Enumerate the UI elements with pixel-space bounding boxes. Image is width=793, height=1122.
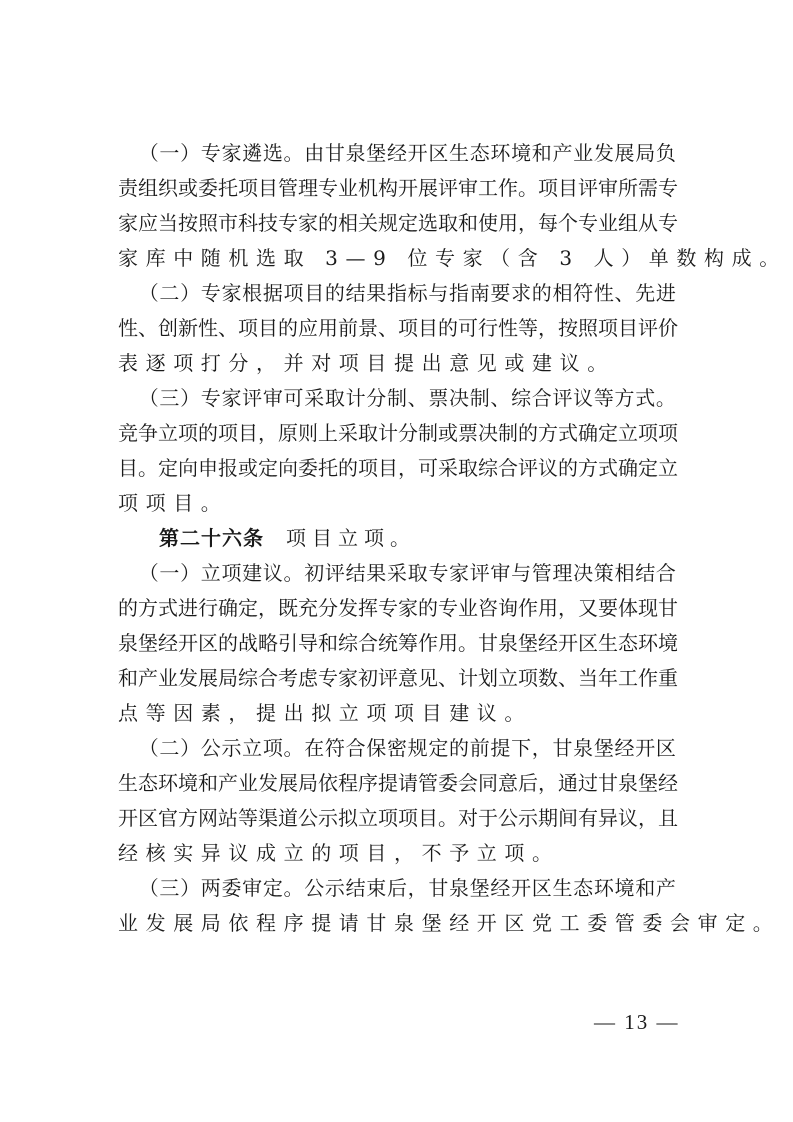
article-heading: 第二十六条项目立项。 — [118, 521, 676, 556]
text-line: 竞争立项的项目，原则上采取计分制或票决制的方式确定立项项 — [118, 416, 676, 451]
text-line: 经核实异议成立的项目，不予立项。 — [118, 836, 676, 871]
paragraph-project-proposal: （一）立项建议。初评结果采取专家评审与管理决策相结合 的方式进行确定，既充分发挥… — [118, 556, 676, 731]
paragraph-public-notice: （二）公示立项。在符合保密规定的前提下，甘泉堡经开区 生态环境和产业发展局依程序… — [118, 731, 676, 871]
text-line: 表逐项打分，并对项目提出意见或建议。 — [118, 346, 676, 381]
document-page: （一）专家遴选。由甘泉堡经开区生态环境和产业发展局负 责组织或委托项目管理专业机… — [118, 136, 676, 941]
text-line: （一）立项建议。初评结果采取专家评审与管理决策相结合 — [118, 556, 676, 591]
paragraph-review-methods: （三）专家评审可采取计分制、票决制、综合评议等方式。 竞争立项的项目，原则上采取… — [118, 381, 676, 521]
text-line: （三）专家评审可采取计分制、票决制、综合评议等方式。 — [118, 381, 676, 416]
article-title: 项目立项。 — [286, 526, 416, 550]
text-line: （三）两委审定。公示结束后，甘泉堡经开区生态环境和产 — [118, 871, 676, 906]
text-line: 开区官方网站等渠道公示拟立项项目。对于公示期间有异议，且 — [118, 801, 676, 836]
article-number: 第二十六条 — [159, 526, 264, 550]
text-line: 性、创新性、项目的应用前景、项目的可行性等，按照项目评价 — [118, 311, 676, 346]
text-line: 家应当按照市科技专家的相关规定选取和使用，每个专业组从专 — [118, 206, 676, 241]
text-line: （二）公示立项。在符合保密规定的前提下，甘泉堡经开区 — [118, 731, 676, 766]
text-line: （一）专家遴选。由甘泉堡经开区生态环境和产业发展局负 — [118, 136, 676, 171]
text-line: （二）专家根据项目的结果指标与指南要求的相符性、先进 — [118, 276, 676, 311]
text-line: 业发展局依程序提请甘泉堡经开区党工委管委会审定。 — [118, 906, 676, 941]
text-line: 泉堡经开区的战略引导和综合统筹作用。甘泉堡经开区生态环境 — [118, 626, 676, 661]
text-line: 家库中随机选取 3—9 位专家（含 3 人）单数构成。 — [118, 241, 676, 276]
text-line: 项项目。 — [118, 486, 676, 521]
text-line: 和产业发展局综合考虑专家初评意见、计划立项数、当年工作重 — [118, 661, 676, 696]
text-line: 生态环境和产业发展局依程序提请管委会同意后，通过甘泉堡经 — [118, 766, 676, 801]
text-line: 的方式进行确定，既充分发挥专家的专业咨询作用，又要体现甘 — [118, 591, 676, 626]
text-line: 点等因素，提出拟立项项目建议。 — [118, 696, 676, 731]
paragraph-committee-approval: （三）两委审定。公示结束后，甘泉堡经开区生态环境和产 业发展局依程序提请甘泉堡经… — [118, 871, 676, 941]
text-line: 责组织或委托项目管理专业机构开展评审工作。项目评审所需专 — [118, 171, 676, 206]
paragraph-expert-scoring: （二）专家根据项目的结果指标与指南要求的相符性、先进 性、创新性、项目的应用前景… — [118, 276, 676, 381]
page-number: — 13 — — [594, 1010, 680, 1035]
paragraph-expert-selection: （一）专家遴选。由甘泉堡经开区生态环境和产业发展局负 责组织或委托项目管理专业机… — [118, 136, 676, 276]
text-line: 目。定向申报或定向委托的项目，可采取综合评议的方式确定立 — [118, 451, 676, 486]
